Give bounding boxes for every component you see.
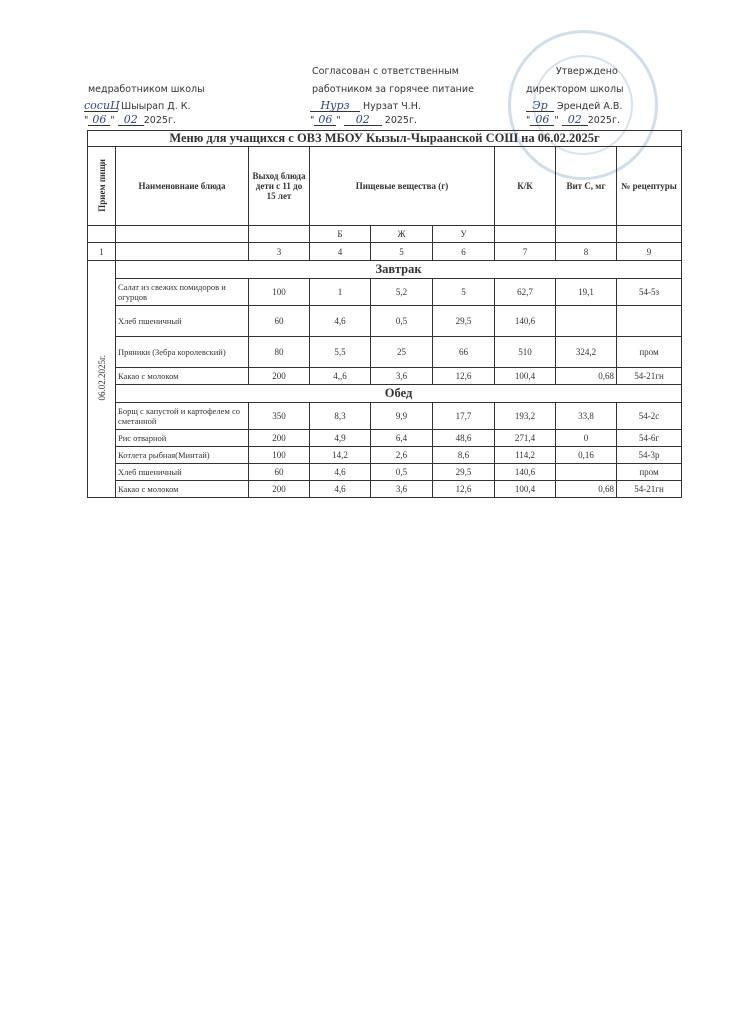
table-row: Салат из свежих помидоров и огурцов10015… bbox=[88, 279, 682, 306]
portion: 100 bbox=[249, 447, 310, 464]
fat: 9,9 bbox=[371, 403, 433, 430]
director-date-year: 2025г. bbox=[588, 115, 620, 126]
table-row: Какао с молоком2004,,63,612,6100,40,6854… bbox=[88, 368, 682, 385]
kcal: 140,6 bbox=[495, 306, 556, 337]
fat: 25 bbox=[371, 337, 433, 368]
table-row: Какао с молоком2004,63,612,6100,40,6854-… bbox=[88, 481, 682, 498]
vitamin-c: 19,1 bbox=[556, 279, 617, 306]
portion: 200 bbox=[249, 430, 310, 447]
vitamin-c: 324,2 bbox=[556, 337, 617, 368]
subheader-empty bbox=[556, 226, 617, 243]
kcal: 140,6 bbox=[495, 464, 556, 481]
director-signature-line: Эр Эрендей А.В. bbox=[526, 100, 622, 112]
director-name: Эрендей А.В. bbox=[557, 101, 622, 112]
protein: 14,2 bbox=[310, 447, 371, 464]
recipe-number: 54-3р bbox=[617, 447, 682, 464]
carbs: 29,5 bbox=[433, 464, 495, 481]
recipe-number: 54-21гн bbox=[617, 368, 682, 385]
table-row: Рис отварной2004,96,448,6271,4054-6г bbox=[88, 430, 682, 447]
vitamin-c: 0 bbox=[556, 430, 617, 447]
carbs: 17,7 bbox=[433, 403, 495, 430]
subheader-empty bbox=[495, 226, 556, 243]
table-row: Пряники (Зебра королевский)805,525665103… bbox=[88, 337, 682, 368]
column-number: 9 bbox=[617, 243, 682, 261]
kcal: 100,4 bbox=[495, 368, 556, 385]
meal-date: 06.02.2025г. bbox=[88, 261, 116, 498]
kcal: 193,2 bbox=[495, 403, 556, 430]
header-dish: Наименовнаие блюда bbox=[116, 147, 249, 226]
carbs: 48,6 bbox=[433, 430, 495, 447]
dish-name: Пряники (Зебра королевский) bbox=[116, 337, 249, 368]
subheader-empty bbox=[88, 226, 116, 243]
dish-name: Котлета рыбная(Минтай) bbox=[116, 447, 249, 464]
subheader-empty bbox=[249, 226, 310, 243]
header-kcal: К/К bbox=[495, 147, 556, 226]
table-row: Борщ с капустой и картофелем со сметанно… bbox=[88, 403, 682, 430]
vitamin-c bbox=[556, 464, 617, 481]
protein: 4,6 bbox=[310, 306, 371, 337]
food-responsible-signature-line: Нурз Нурзат Ч.Н. bbox=[310, 100, 421, 112]
recipe-number bbox=[617, 306, 682, 337]
portion: 60 bbox=[249, 464, 310, 481]
section-label: Завтрак bbox=[116, 261, 682, 279]
medic-date-day: 06 bbox=[88, 114, 110, 126]
dish-name: Какао с молоком bbox=[116, 368, 249, 385]
column-number: 8 bbox=[556, 243, 617, 261]
recipe-number: 54-2с bbox=[617, 403, 682, 430]
column-number: 6 bbox=[433, 243, 495, 261]
protein: 4,6 bbox=[310, 481, 371, 498]
carbs: 5 bbox=[433, 279, 495, 306]
medic-date: "06" 022025г. bbox=[84, 114, 176, 126]
recipe-number: пром bbox=[617, 337, 682, 368]
header-vitc: Вит С, мг bbox=[556, 147, 617, 226]
portion: 200 bbox=[249, 368, 310, 385]
kcal: 510 bbox=[495, 337, 556, 368]
table-row: Котлета рыбная(Минтай)10014,22,68,6114,2… bbox=[88, 447, 682, 464]
section-label: Обед bbox=[116, 385, 682, 403]
director-date-month: 02 bbox=[562, 114, 588, 126]
recipe-number: 54-6г bbox=[617, 430, 682, 447]
kcal: 271,4 bbox=[495, 430, 556, 447]
dish-name: Хлеб пшеничный bbox=[116, 306, 249, 337]
column-number: 4 bbox=[310, 243, 371, 261]
portion: 60 bbox=[249, 306, 310, 337]
medic-signature-line: сосиЦ Шыырап Д. К. bbox=[84, 100, 191, 112]
subheader-empty bbox=[116, 226, 249, 243]
kcal: 62,7 bbox=[495, 279, 556, 306]
food-responsible-signature: Нурз bbox=[310, 100, 360, 112]
dish-name: Хлеб пшеничный bbox=[116, 464, 249, 481]
vitamin-c: 0,16 bbox=[556, 447, 617, 464]
column-number: 3 bbox=[249, 243, 310, 261]
fat: 6,4 bbox=[371, 430, 433, 447]
medic-name: Шыырап Д. К. bbox=[121, 101, 190, 112]
column-number: 7 bbox=[495, 243, 556, 261]
director-title-line0: Утверждено bbox=[556, 67, 618, 77]
food-responsible-date-year: 2025г. bbox=[385, 115, 417, 126]
menu-table: Меню для учащихся с ОВЗ МБОУ Кызыл-Чыраа… bbox=[87, 130, 682, 498]
kcal: 100,4 bbox=[495, 481, 556, 498]
portion: 100 bbox=[249, 279, 310, 306]
food-responsible-title-line0: Согласован с ответственным bbox=[312, 67, 459, 77]
column-number: 1 bbox=[88, 243, 116, 261]
dish-name: Борщ с капустой и картофелем со сметанно… bbox=[116, 403, 249, 430]
subheader-fat: Ж bbox=[371, 226, 433, 243]
subheader-protein: Б bbox=[310, 226, 371, 243]
portion: 350 bbox=[249, 403, 310, 430]
protein: 4,9 bbox=[310, 430, 371, 447]
fat: 3,6 bbox=[371, 368, 433, 385]
portion: 80 bbox=[249, 337, 310, 368]
carbs: 8,6 bbox=[433, 447, 495, 464]
protein: 1 bbox=[310, 279, 371, 306]
protein: 5,5 bbox=[310, 337, 371, 368]
kcal: 114,2 bbox=[495, 447, 556, 464]
subheader-empty bbox=[617, 226, 682, 243]
table-title: Меню для учащихся с ОВЗ МБОУ Кызыл-Чыраа… bbox=[88, 131, 682, 147]
fat: 5,2 bbox=[371, 279, 433, 306]
protein: 4,6 bbox=[310, 464, 371, 481]
director-signature: Эр bbox=[526, 100, 554, 112]
fat: 0,5 bbox=[371, 464, 433, 481]
header-nutrients: Пищевые вещества (г) bbox=[310, 147, 495, 226]
portion: 200 bbox=[249, 481, 310, 498]
column-number: 5 bbox=[371, 243, 433, 261]
medic-signature: сосиЦ bbox=[84, 100, 118, 112]
director-title-line1: директором школы bbox=[526, 85, 624, 95]
carbs: 12,6 bbox=[433, 368, 495, 385]
subheader-carbs: У bbox=[433, 226, 495, 243]
medic-date-year: 2025г. bbox=[144, 115, 176, 126]
director-date-day: 06 bbox=[530, 114, 554, 126]
fat: 3,6 bbox=[371, 481, 433, 498]
director-date: "06" 022025г. bbox=[526, 114, 620, 126]
medic-date-month: 02 bbox=[118, 114, 144, 126]
vitamin-c: 0,68 bbox=[556, 481, 617, 498]
carbs: 12,6 bbox=[433, 481, 495, 498]
food-responsible-title-line1: работником за горячее питание bbox=[312, 85, 474, 95]
medic-title: медработником школы bbox=[88, 85, 205, 95]
protein: 4,,6 bbox=[310, 368, 371, 385]
food-responsible-date: "06" 02 2025г. bbox=[310, 114, 417, 126]
dish-name: Салат из свежих помидоров и огурцов bbox=[116, 279, 249, 306]
dish-name: Какао с молоком bbox=[116, 481, 249, 498]
vitamin-c bbox=[556, 306, 617, 337]
header-recipe: № рецептуры bbox=[617, 147, 682, 226]
dish-name: Рис отварной bbox=[116, 430, 249, 447]
header-portion: Выход блюда дети с 11 до 15 лет bbox=[249, 147, 310, 226]
food-responsible-date-month: 02 bbox=[344, 114, 382, 126]
food-responsible-date-day: 06 bbox=[314, 114, 336, 126]
recipe-number: пром bbox=[617, 464, 682, 481]
carbs: 66 bbox=[433, 337, 495, 368]
carbs: 29,5 bbox=[433, 306, 495, 337]
vitamin-c: 33,8 bbox=[556, 403, 617, 430]
food-responsible-name: Нурзат Ч.Н. bbox=[363, 101, 421, 112]
fat: 2,6 bbox=[371, 447, 433, 464]
header-meal: Прием пищи bbox=[88, 147, 116, 226]
fat: 0,5 bbox=[371, 306, 433, 337]
protein: 8,3 bbox=[310, 403, 371, 430]
vitamin-c: 0,68 bbox=[556, 368, 617, 385]
column-number bbox=[116, 243, 249, 261]
recipe-number: 54-21гн bbox=[617, 481, 682, 498]
table-row: Хлеб пшеничный604,60,529,5140,6пром bbox=[88, 464, 682, 481]
table-row: Хлеб пшеничный604,60,529,5140,6 bbox=[88, 306, 682, 337]
recipe-number: 54-5з bbox=[617, 279, 682, 306]
